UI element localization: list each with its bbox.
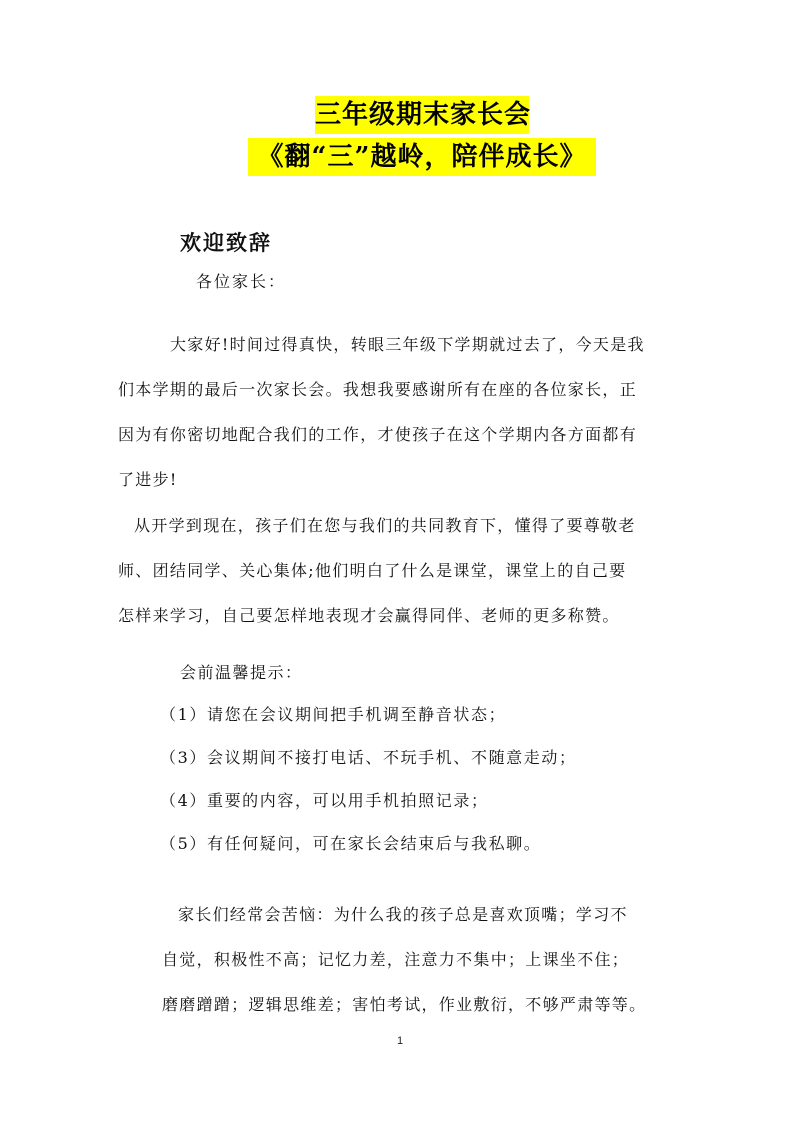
reminder-item: （5）有任何疑问，可在家长会结束后与我私聊。 (160, 832, 577, 875)
document-title: 三年级期末家长会 (315, 96, 529, 134)
paragraph-line: 了进步! (118, 468, 678, 513)
paragraph-line: 磨磨蹭蹭；逻辑思维差；害怕考试，作业敷衍，不够严肃等等。 (118, 993, 678, 1038)
paragraph-parent-concerns: 家长们经常会苦恼：为什么我的孩子总是喜欢顶嘴；学习不 自觉，积极性不高；记忆力差… (118, 903, 678, 1038)
reminders-title: 会前温馨提示： (180, 661, 303, 685)
document-page: 三年级期末家长会 《翻“三”越岭，陪伴成长》 欢迎致辞 各位家长： 大家好!时间… (0, 0, 793, 1122)
page-number: 1 (390, 1034, 410, 1048)
document-subtitle: 《翻“三”越岭，陪伴成长》 (248, 138, 596, 176)
paragraph-line: 怎样来学习，自己要怎样地表现才会赢得同伴、老师的更多称赞。 (118, 604, 678, 649)
paragraph-line: 因为有你密切地配合我们的工作，才使孩子在这个学期内各方面都有 (118, 423, 678, 468)
salutation: 各位家长： (196, 270, 286, 294)
paragraph-line: 大家好!时间过得真快，转眼三年级下学期就过去了，今天是我 (118, 333, 678, 378)
paragraph-line: 自觉，积极性不高；记忆力差，注意力不集中；上课坐不住； (118, 948, 678, 993)
reminder-item: （4）重要的内容，可以用手机拍照记录； (160, 789, 577, 832)
paragraph-progress: 从开学到现在，孩子们在您与我们的共同教育下，懂得了要尊敬老 师、团结同学、关心集… (118, 514, 678, 649)
reminder-item: （1）请您在会议期间把手机调至静音状态； (160, 703, 577, 746)
paragraph-line: 从开学到现在，孩子们在您与我们的共同教育下，懂得了要尊敬老 (118, 514, 678, 559)
section-heading: 欢迎致辞 (180, 229, 272, 257)
reminders-list: （1）请您在会议期间把手机调至静音状态； （3）会议期间不接打电话、不玩手机、不… (160, 703, 577, 875)
paragraph-line: 师、团结同学、关心集体;他们明白了什么是课堂，课堂上的自己要 (118, 559, 678, 604)
reminder-item: （3）会议期间不接打电话、不玩手机、不随意走动； (160, 746, 577, 789)
paragraph-line: 家长们经常会苦恼：为什么我的孩子总是喜欢顶嘴；学习不 (118, 903, 678, 948)
paragraph-welcome: 大家好!时间过得真快，转眼三年级下学期就过去了，今天是我 们本学期的最后一次家长… (118, 333, 678, 513)
paragraph-line: 们本学期的最后一次家长会。我想我要感谢所有在座的各位家长，正 (118, 378, 678, 423)
